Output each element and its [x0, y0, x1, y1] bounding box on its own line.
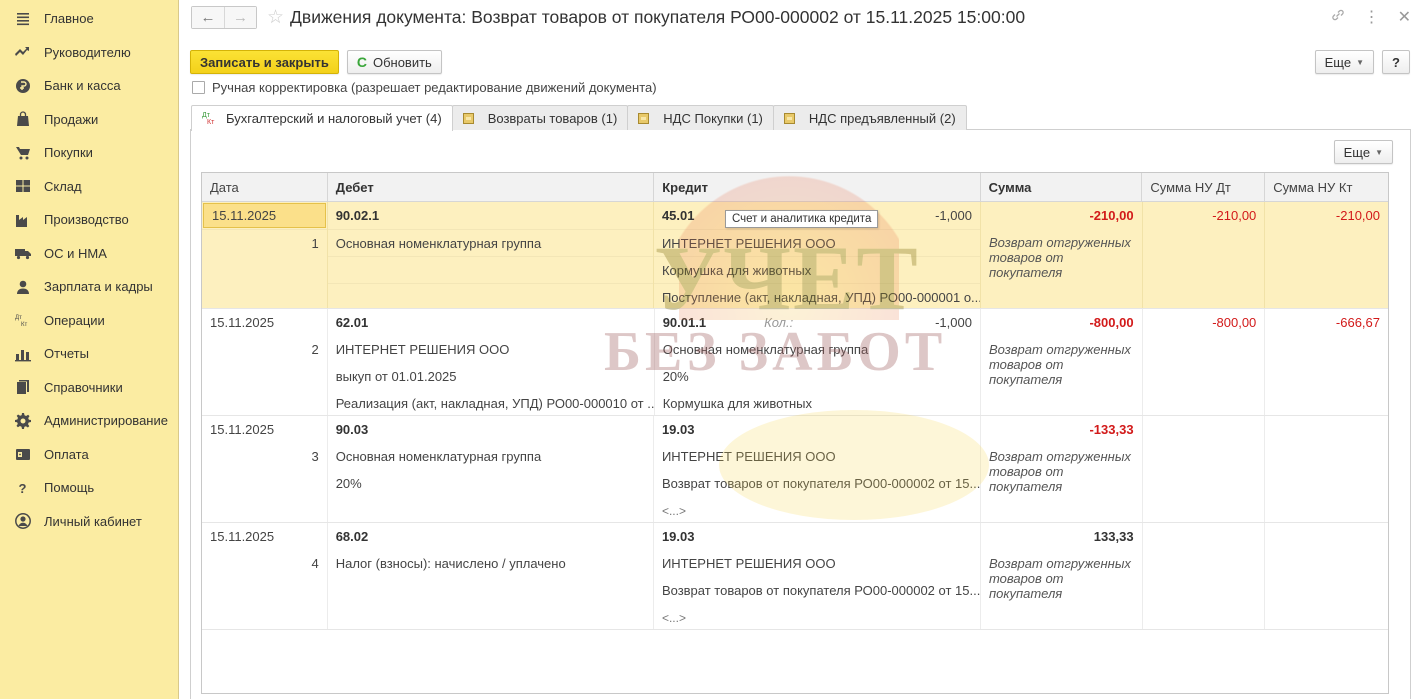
table-body: 15.11.2025190.02.1Основная номенклатурна… [202, 202, 1388, 630]
column-header-sum-nu-kt[interactable]: Сумма НУ Кт [1265, 173, 1388, 201]
sidebar-item-label: Руководителю [44, 45, 131, 60]
help-button[interactable]: ? [1382, 50, 1410, 74]
credit-account: 19.03 [662, 422, 695, 437]
arrow-right-icon: → [233, 9, 248, 26]
sum-nu-dt-value: -210,00 [1143, 202, 1265, 229]
date-value: 15.11.2025 [202, 523, 327, 550]
cart-icon [14, 144, 32, 162]
credit-account: 90.01.1 [663, 315, 706, 330]
sidebar-item-label: Личный кабинет [44, 514, 142, 529]
sum-nu-kt-value: -210,00 [1265, 202, 1388, 229]
cell-sum-nu-kt[interactable]: -210,00 [1265, 202, 1388, 308]
trend-icon [14, 43, 32, 61]
sidebar-item[interactable]: Производство [0, 203, 178, 237]
back-button[interactable]: ← [192, 7, 224, 28]
user-circle-icon [14, 512, 32, 530]
cell-credit[interactable]: 19.03ИНТЕРНЕТ РЕШЕНИЯ ОООВозврат товаров… [654, 523, 981, 629]
sidebar-item-label: Справочники [44, 380, 123, 395]
row-number: 1 [202, 229, 327, 256]
dt-kt-icon: ДтКт [14, 311, 32, 329]
register-icon [463, 113, 474, 124]
cell-date[interactable]: 15.11.20254 [202, 523, 328, 629]
credit-subconto: Основная номенклатурная группа [655, 336, 980, 363]
debit-subconto [328, 283, 653, 310]
cell-sum-nu-dt[interactable] [1143, 416, 1266, 522]
sum-value: -210,00 [981, 202, 1142, 229]
cell-sum[interactable]: -133,33Возврат отгруженных товаров от по… [981, 416, 1143, 522]
credit-subconto: ИНТЕРНЕТ РЕШЕНИЯ ООО [654, 443, 980, 470]
manual-edit-label[interactable]: Ручная корректировка (разрешает редактир… [212, 80, 657, 95]
link-icon[interactable] [1330, 7, 1346, 28]
debit-account: 68.02 [328, 523, 653, 550]
sidebar-item-label: Покупки [44, 145, 93, 160]
cell-sum-nu-kt[interactable] [1265, 523, 1388, 629]
truck-icon [14, 244, 32, 262]
toolbar-right: Еще ▼ ? [1315, 50, 1410, 74]
date-value: 15.11.2025 [202, 309, 327, 336]
bar-chart-icon [14, 345, 32, 363]
table-header: Дата Дебет Кредит Сумма Сумма НУ Дт Сумм… [202, 173, 1388, 202]
credit-subconto: ИНТЕРНЕТ РЕШЕНИЯ ООО [654, 550, 980, 577]
close-icon[interactable]: ✕ [1398, 7, 1411, 28]
svg-text:?: ? [19, 481, 27, 496]
sum-value: -800,00 [981, 309, 1142, 336]
more-label: Еще [1344, 145, 1370, 160]
table-row[interactable]: 15.11.2025468.02Налог (взносы): начислен… [202, 523, 1388, 630]
cell-date[interactable]: 15.11.20251 [202, 202, 328, 308]
sidebar-item[interactable]: ДтКтОперации [0, 304, 178, 338]
tab-returns[interactable]: Возвраты товаров (1) [452, 105, 629, 130]
movements-table: Дата Дебет Кредит Сумма Сумма НУ Дт Сумм… [201, 172, 1389, 694]
cell-sum-nu-dt[interactable] [1143, 523, 1266, 629]
debit-subconto: 20% [328, 470, 653, 497]
debit-subconto: выкуп от 01.01.2025 [328, 363, 654, 390]
ruble-icon [14, 77, 32, 95]
tooltip: Счет и аналитика кредита [725, 210, 878, 228]
debit-account: 62.01 [328, 309, 654, 336]
factory-icon [14, 211, 32, 229]
column-header-debit[interactable]: Дебет [328, 173, 654, 201]
title-actions: ⋮ ✕ [1330, 7, 1411, 28]
entry-content: Возврат отгруженных товаров от покупател… [981, 229, 1142, 280]
books-icon [14, 378, 32, 396]
sidebar-item[interactable]: Справочники [0, 371, 178, 405]
cell-debit[interactable]: 90.02.1Основная номенклатурная группа [328, 202, 654, 308]
forward-button[interactable]: → [224, 7, 256, 28]
refresh-button[interactable]: C Обновить [347, 50, 442, 74]
cell-sum-nu-kt[interactable] [1265, 416, 1388, 522]
sidebar-item[interactable]: Покупки [0, 136, 178, 170]
tab-accounting[interactable]: ДтКт Бухгалтерский и налоговый учет (4) [191, 105, 453, 131]
credit-subconto: ИНТЕРНЕТ РЕШЕНИЯ ООО [654, 229, 980, 256]
table-row[interactable]: 15.11.2025390.03Основная номенклатурная … [202, 416, 1388, 523]
arrow-left-icon: ← [201, 9, 216, 26]
credit-account-line: 19.03 [654, 523, 980, 550]
cell-sum-nu-kt[interactable]: -666,67 [1265, 309, 1388, 415]
sidebar-item[interactable]: Зарплата и кадры [0, 270, 178, 304]
manual-edit-checkbox[interactable] [192, 81, 205, 94]
debit-subconto [328, 497, 653, 524]
debit-subconto: Основная номенклатурная группа [328, 443, 653, 470]
dt-kt-icon: ДтКт [202, 112, 216, 126]
refresh-label: Обновить [373, 55, 432, 70]
debit-subconto: ИНТЕРНЕТ РЕШЕНИЯ ООО [328, 336, 654, 363]
cell-debit[interactable]: 90.03Основная номенклатурная группа20% [328, 416, 654, 522]
sidebar-item[interactable]: Отчеты [0, 337, 178, 371]
column-header-sum-nu-dt[interactable]: Сумма НУ Дт [1142, 173, 1265, 201]
save-and-close-button[interactable]: Записать и закрыть [190, 50, 339, 74]
sidebar-item[interactable]: ОС и НМА [0, 237, 178, 271]
help-label: ? [1392, 55, 1400, 70]
credit-subconto: Возврат товаров от покупателя РО00-00000… [654, 577, 980, 604]
gear-icon [14, 412, 32, 430]
sidebar-item[interactable]: Оплата [0, 438, 178, 472]
date-value: 15.11.2025 [203, 203, 326, 228]
sidebar-item-label: Оплата [44, 447, 89, 462]
favorite-star-icon[interactable]: ☆ [267, 6, 284, 29]
sum-value: -133,33 [981, 416, 1142, 443]
sum-nu-kt-value: -666,67 [1265, 309, 1388, 336]
main-area: ← → ☆ Движения документа: Возврат товаро… [179, 0, 1427, 699]
refresh-icon: C [357, 54, 367, 70]
cell-sum-nu-dt[interactable]: -800,00 [1143, 309, 1266, 415]
sum-nu-kt-value [1265, 416, 1388, 443]
title-bar: ← → ☆ Движения документа: Возврат товаро… [190, 0, 1427, 34]
sum-nu-dt-value [1143, 416, 1265, 443]
credit-subconto: Кормушка для животных [654, 256, 980, 283]
sidebar: ГлавноеРуководителюБанк и кассаПродажиПо… [0, 0, 179, 699]
row-number: 2 [202, 336, 327, 363]
more-label: Еще [1325, 55, 1351, 70]
tab-label: НДС предъявленный (2) [809, 111, 956, 126]
sidebar-item[interactable]: Руководителю [0, 36, 178, 70]
sidebar-item-label: Зарплата и кадры [44, 279, 153, 294]
entry-content: Возврат отгруженных товаров от покупател… [981, 550, 1142, 601]
entry-content: Возврат отгруженных товаров от покупател… [981, 336, 1142, 387]
credit-subconto: <...> [654, 497, 980, 524]
debit-account: 90.02.1 [328, 202, 653, 229]
quantity-label: Кол.: [764, 315, 935, 330]
credit-subconto: Возврат товаров от покупателя РО00-00000… [654, 470, 980, 497]
credit-account-row: 19.03 [662, 422, 972, 437]
register-icon [784, 113, 795, 124]
tab-label: Возвраты товаров (1) [488, 111, 618, 126]
column-header-sum[interactable]: Сумма [981, 173, 1143, 201]
cell-debit[interactable]: 62.01ИНТЕРНЕТ РЕШЕНИЯ ОООвыкуп от 01.01.… [328, 309, 655, 415]
cell-sum[interactable]: -210,00Возврат отгруженных товаров от по… [981, 202, 1143, 308]
caret-down-icon: ▼ [1375, 148, 1383, 157]
person-icon [14, 278, 32, 296]
quantity-label [752, 422, 971, 437]
sum-nu-dt-value [1143, 523, 1265, 550]
credit-account-row: 19.03 [662, 529, 972, 544]
credit-account-row: 90.01.1Кол.:-1,000 [663, 315, 972, 330]
cell-date[interactable]: 15.11.20252 [202, 309, 328, 415]
sidebar-item-label: Банк и касса [44, 78, 121, 93]
credit-account: 45.01 [662, 208, 695, 223]
sidebar-item[interactable]: Главное [0, 2, 178, 36]
credit-subconto: Кормушка для животных [655, 390, 980, 417]
sidebar-item-label: Отчеты [44, 346, 89, 361]
sidebar-item-label: Склад [44, 179, 82, 194]
register-icon [638, 113, 649, 124]
menu-icon [14, 10, 32, 28]
credit-subconto: <...> [654, 604, 980, 631]
row-number: 4 [202, 550, 327, 577]
tab-label: НДС Покупки (1) [663, 111, 763, 126]
sidebar-item-label: Операции [44, 313, 105, 328]
sidebar-item-label: Помощь [44, 480, 94, 495]
tab-vat-presented[interactable]: НДС предъявленный (2) [773, 105, 967, 130]
debit-subconto: Налог (взносы): начислено / уплачено [328, 550, 653, 577]
sum-nu-dt-value: -800,00 [1143, 309, 1265, 336]
tab-vat-purchases[interactable]: НДС Покупки (1) [627, 105, 774, 130]
quantity-value: -1,000 [935, 208, 972, 223]
grid-more-button[interactable]: Еще ▼ [1334, 140, 1393, 164]
quantity-label [752, 529, 971, 544]
bag-icon [14, 110, 32, 128]
sidebar-item-label: Производство [44, 212, 129, 227]
app-window: ГлавноеРуководителюБанк и кассаПродажиПо… [0, 0, 1427, 699]
question-icon: ? [14, 479, 32, 497]
debit-subconto [328, 577, 653, 604]
sidebar-item[interactable]: Продажи [0, 103, 178, 137]
sum-value: 133,33 [981, 523, 1142, 550]
date-value: 15.11.2025 [202, 416, 327, 443]
sidebar-item[interactable]: ?Помощь [0, 471, 178, 505]
row-number: 3 [202, 443, 327, 470]
table-row[interactable]: 15.11.2025262.01ИНТЕРНЕТ РЕШЕНИЯ ОООвыку… [202, 309, 1388, 416]
credit-account-line: 90.01.1Кол.:-1,000 [655, 309, 980, 336]
credit-subconto: 20% [655, 363, 980, 390]
entry-content: Возврат отгруженных товаров от покупател… [981, 443, 1142, 494]
cell-credit[interactable]: 90.01.1Кол.:-1,000Основная номенклатурна… [655, 309, 981, 415]
page-title: Движения документа: Возврат товаров от п… [290, 7, 1025, 28]
cell-date[interactable]: 15.11.20253 [202, 416, 328, 522]
quantity-value: -1,000 [935, 315, 972, 330]
sidebar-item-label: ОС и НМА [44, 246, 107, 261]
more-vert-icon[interactable]: ⋮ [1364, 7, 1380, 28]
cell-sum-nu-dt[interactable]: -210,00 [1143, 202, 1266, 308]
tab-bar: ДтКт Бухгалтерский и налоговый учет (4) … [191, 105, 1427, 130]
sidebar-item[interactable]: Администрирование [0, 404, 178, 438]
svg-text:Дт: Дт [15, 315, 22, 321]
caret-down-icon: ▼ [1356, 58, 1364, 67]
column-header-date[interactable]: Дата [202, 173, 328, 201]
wallet-icon [14, 445, 32, 463]
tab-label: Бухгалтерский и налоговый учет (4) [226, 111, 442, 126]
debit-subconto [328, 256, 653, 283]
credit-account: 19.03 [662, 529, 695, 544]
sidebar-item[interactable]: Личный кабинет [0, 505, 178, 539]
history-nav: ← → [191, 6, 257, 29]
credit-subconto: Поступление (акт, накладная, УПД) РО00-0… [654, 283, 980, 310]
debit-subconto: Основная номенклатурная группа [328, 229, 653, 256]
svg-text:Кт: Кт [21, 322, 27, 328]
sidebar-item[interactable]: Склад [0, 170, 178, 204]
debit-account: 90.03 [328, 416, 653, 443]
warehouse-icon [14, 177, 32, 195]
sum-nu-kt-value [1265, 523, 1388, 550]
cell-sum[interactable]: -800,00Возврат отгруженных товаров от по… [981, 309, 1143, 415]
save-and-close-label: Записать и закрыть [200, 55, 329, 70]
column-header-credit[interactable]: Кредит [654, 173, 980, 201]
sidebar-item[interactable]: Банк и касса [0, 69, 178, 103]
sidebar-item-label: Продажи [44, 112, 98, 127]
debit-subconto: Реализация (акт, накладная, УПД) РО00-00… [328, 390, 654, 417]
more-button[interactable]: Еще ▼ [1315, 50, 1374, 74]
sidebar-item-label: Администрирование [44, 413, 168, 428]
cell-sum[interactable]: 133,33Возврат отгруженных товаров от пок… [981, 523, 1143, 629]
cell-credit[interactable]: 19.03ИНТЕРНЕТ РЕШЕНИЯ ОООВозврат товаров… [654, 416, 981, 522]
debit-subconto [328, 604, 653, 631]
sidebar-item-label: Главное [44, 11, 94, 26]
credit-account-line: 19.03 [654, 416, 980, 443]
cell-debit[interactable]: 68.02Налог (взносы): начислено / уплачен… [328, 523, 654, 629]
command-bar: Записать и закрыть C Обновить Еще ▼ ? [190, 43, 1427, 81]
